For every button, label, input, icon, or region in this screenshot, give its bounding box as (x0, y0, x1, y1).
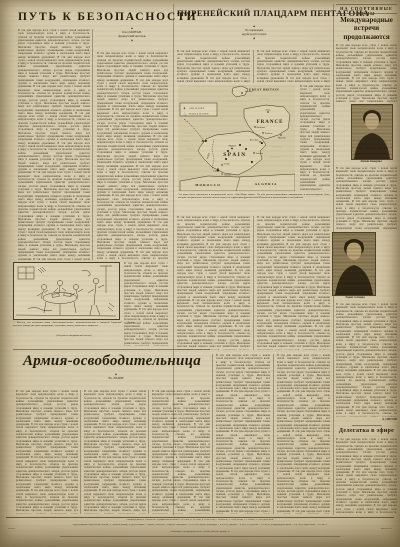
athlete-photo-1: СССР (351, 104, 393, 160)
map-figure: London GREAT BRITAIN FRANCE Paris Bordea… (178, 85, 295, 191)
sports-kicker: НА СПОРТИВНЫЕ ТЕМЫ (336, 6, 397, 16)
map-city-bordeaux: Bordeaux (257, 127, 266, 129)
column-rule (212, 354, 213, 514)
section-rule (352, 425, 382, 426)
body-text-column: В эти дни народы всех стран с новой сило… (336, 303, 397, 417)
kicker-rule (336, 13, 397, 14)
byline-army: ◆ Вл. ЛИДИН (80, 373, 152, 380)
jersey-text: СССР (360, 145, 384, 152)
map-city-valencia: Valencia (256, 153, 264, 155)
photo1-caption: Любовь Козырева (346, 160, 396, 163)
map-country-britain: GREAT BRITAIN (249, 88, 280, 92)
article-title-army: Армия-освободительница (23, 353, 201, 370)
map-city-toulouse: Toulouse (265, 133, 273, 135)
map-city-sevilla: Sevilla (224, 163, 230, 165)
body-text-column: В эти дни народы всех стран с новой сило… (257, 50, 330, 83)
photo2-caption: Лидия Селихова (330, 296, 380, 299)
column-rule (80, 390, 81, 514)
column-rule (92, 29, 93, 260)
ornament-icon: ◆ (214, 37, 294, 40)
body-text-column: В эти дни народы всех стран с новой сило… (336, 44, 397, 102)
body-text-column: В эти дни народы всех стран с новой сило… (84, 390, 146, 514)
cartoon-caption: — Мистер, чем кончились ваши «благотвори… (13, 321, 135, 328)
body-text-column: В эти дни народы всех стран с новой сило… (216, 354, 270, 514)
subtitle-pyrenees: ◆ По страницам зарубежной печати ◆ (214, 25, 294, 40)
map-city-barcelona: Barcelona (250, 140, 259, 142)
radio-title: Делегатка в эфире (336, 428, 397, 434)
airplane-icon: ✈ (183, 106, 186, 110)
column-rule (273, 354, 274, 514)
footer-rule (60, 536, 340, 537)
ornament-icon: ◆ (96, 39, 168, 42)
body-text-column: В эти дни народы всех стран с новой сило… (18, 29, 90, 260)
footer-printer: Типография «Литературной газеты», Москва… (8, 531, 392, 534)
anchor-icon: ⚓ (183, 112, 187, 116)
map-city-marseille: Marseille (278, 138, 286, 140)
footer-rule (6, 517, 394, 518)
body-text-column: В эти дни народы всех стран с новой сило… (177, 216, 250, 350)
map-city-madrid: Madrid (228, 145, 236, 148)
iberia-map: London GREAT BRITAIN FRANCE Paris Bordea… (178, 85, 295, 191)
sports-signature: А. СВЕТОВ (336, 418, 397, 421)
legend-naval-bases: NAVAL BASES (189, 112, 209, 115)
column-rule (253, 50, 254, 83)
body-text-column: В эти дни народы всех стран с новой сило… (300, 85, 330, 190)
kicker-rule (336, 4, 397, 5)
map-country-algeria: ALGERIA (255, 182, 278, 186)
body-text-column: В эти дни народы всех стран с новой сило… (152, 390, 210, 514)
body-text-column: В эти дни народы всех стран с новой сило… (336, 438, 397, 514)
article-title-security: ПУТЬ К БЕЗОПАСНОСТИ (18, 11, 197, 23)
body-text-column: В эти дни народы всех стран с новой сило… (16, 390, 78, 514)
map-caption: Эта карта была напечатана в американской… (178, 193, 330, 212)
cartoon-credit: (Рисунок из американской газеты) (13, 334, 135, 337)
body-text-column: В эти дни народы всех стран с новой сило… (336, 167, 397, 230)
jersey-text: СССР (341, 279, 366, 287)
newspaper-page: ПУТЬ К БЕЗОПАСНОСТИ ◆ Клод МОРГАН, франц… (0, 0, 400, 547)
body-text-column: В эти дни народы всех стран с новой сило… (97, 52, 168, 260)
cartoon-drawing (14, 263, 119, 319)
legend-air-bases: AIR BASES (189, 107, 205, 110)
footer-editors: Главный редактор К. СИМОНОВ. Редакционна… (8, 519, 392, 522)
map-city-gibraltar: Gibraltar (224, 174, 232, 176)
cartoon-illustration (13, 262, 120, 320)
map-city-paris: Paris (266, 108, 271, 111)
column-rule (148, 390, 149, 514)
footer-address: Адрес редакции и издательства: Москва, 5… (8, 524, 392, 527)
map-country-spain: SPAIN (223, 152, 247, 158)
byline-security: ◆ Клод МОРГАН, французский писатель ◆ (96, 27, 168, 42)
sports-title: Международные встречи продолжаются (336, 16, 397, 41)
byline-role: французский писатель (118, 34, 146, 38)
body-text-column: В эти дни народы всех стран с новой сило… (124, 262, 168, 346)
body-text-column: В эти дни народы всех стран с новой сило… (257, 216, 330, 350)
body-text-column: В эти дни народы всех стран с новой сило… (277, 354, 330, 514)
map-country-france: FRANCE (257, 120, 284, 125)
athlete-photo-2: СССР (332, 232, 376, 296)
column-rule (253, 216, 254, 350)
body-text-column: В эти дни народы всех стран с новой сило… (177, 50, 250, 83)
section-rule (13, 349, 210, 350)
map-country-morocco: MOROCCO (195, 183, 220, 187)
